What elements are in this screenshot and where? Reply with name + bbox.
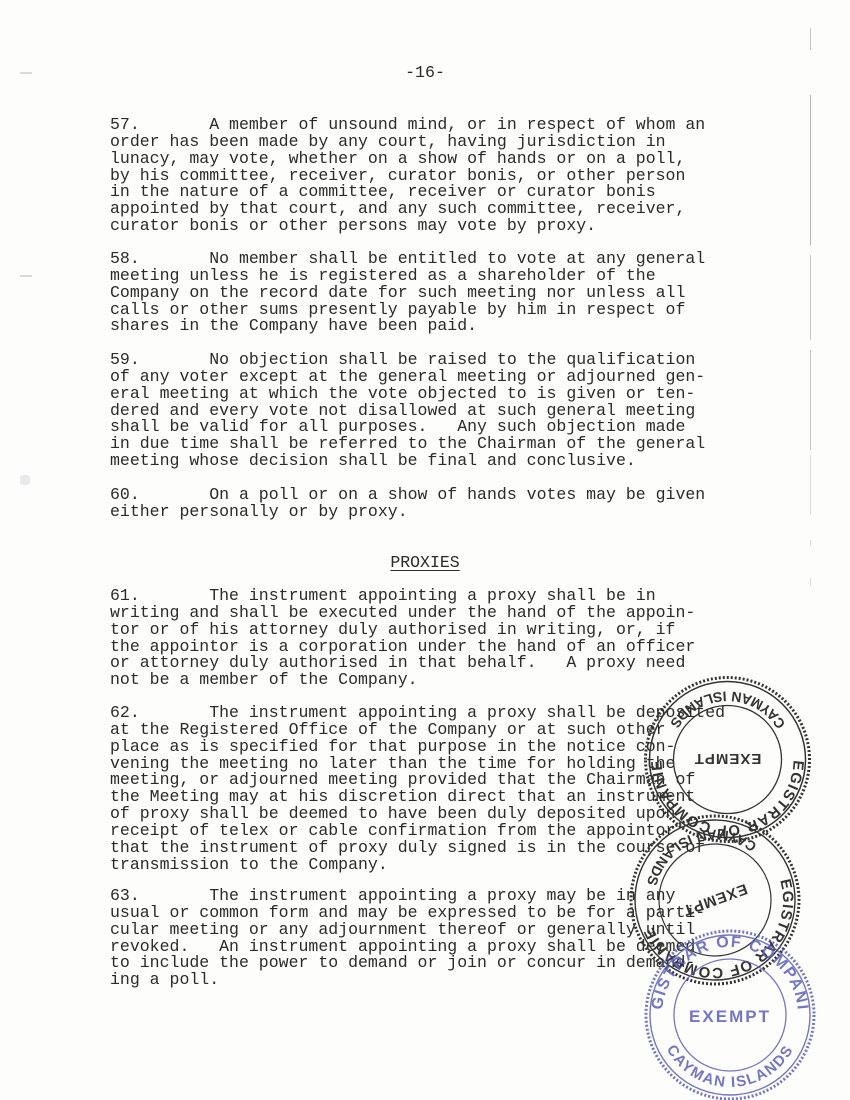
section-57: 57. A member of unsound mind, or in resp… — [110, 117, 705, 235]
punch-hole-speck — [20, 275, 32, 277]
punch-hole-speck — [20, 72, 32, 74]
section-62: 62. The instrument appointing a proxy sh… — [110, 705, 725, 873]
page-number: -16- — [0, 63, 850, 82]
section-59: 59. No objection shall be raised to the … — [110, 352, 705, 470]
punch-hole-speck — [20, 475, 30, 485]
margin-line — [810, 28, 811, 50]
margin-line — [810, 95, 811, 245]
section-61: 61. The instrument appointing a proxy sh… — [110, 588, 695, 689]
margin-line — [810, 540, 811, 546]
svg-text:EXEMPT: EXEMPT — [689, 1007, 771, 1026]
svg-text:CAYMAN ISLANDS: CAYMAN ISLANDS — [663, 1042, 797, 1091]
section-60: 60. On a poll or on a show of hands vote… — [110, 487, 705, 521]
section-58: 58. No member shall be entitled to vote … — [110, 251, 705, 335]
margin-line — [810, 578, 811, 586]
margin-line — [810, 255, 811, 340]
heading-proxies-text: PROXIES — [390, 553, 459, 572]
margin-line — [810, 350, 811, 450]
heading-proxies: PROXIES — [0, 553, 850, 572]
section-63: 63. The instrument appointing a proxy ma… — [110, 888, 705, 989]
margin-line — [810, 455, 811, 515]
